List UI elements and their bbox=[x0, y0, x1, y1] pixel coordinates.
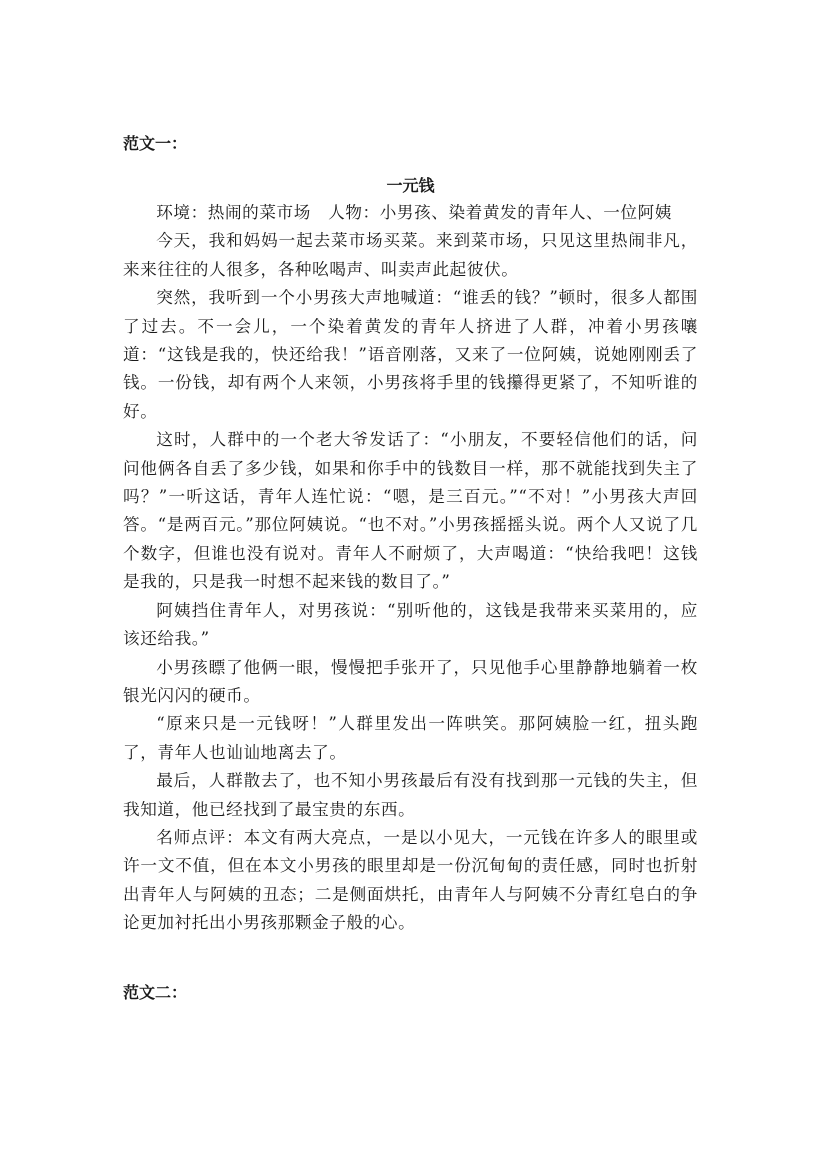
paragraph: 最后，人群散去了，也不知小男孩最后有没有找到那一元钱的失主，但我知道，他已经找到… bbox=[123, 767, 698, 824]
paragraph: 这时，人群中的一个老大爷发话了：“小朋友，不要轻信他们的话，问问他俩各自丢了多少… bbox=[123, 426, 698, 596]
paragraph: 突然，我听到一个小男孩大声地喊道：“谁丢的钱？”顿时，很多人都围了过去。不一会儿… bbox=[123, 284, 698, 426]
essay-title: 一元钱 bbox=[123, 173, 698, 199]
paragraph: 小男孩瞟了他俩一眼，慢慢把手张开了，只见他手心里静静地躺着一枚银光闪闪的硬币。 bbox=[123, 654, 698, 711]
section-label-essay-1: 范文一： bbox=[123, 131, 698, 157]
paragraph: 阿姨挡住青年人，对男孩说：“别听他的，这钱是我带来买菜用的，应该还给我。” bbox=[123, 597, 698, 654]
section-gap bbox=[123, 938, 698, 980]
paragraph: “原来只是一元钱呀！”人群里发出一阵哄笑。那阿姨脸一红，扭头跑了，青年人也讪讪地… bbox=[123, 710, 698, 767]
document-page: 范文一： 一元钱 环境：热闹的菜市场 人物：小男孩、染着黄发的青年人、一位阿姨 … bbox=[123, 131, 698, 1006]
paragraph: 今天，我和妈妈一起去菜市场买菜。来到菜市场，只见这里热闹非凡，来来往往的人很多，… bbox=[123, 227, 698, 284]
paragraph-setting: 环境：热闹的菜市场 人物：小男孩、染着黄发的青年人、一位阿姨 bbox=[123, 199, 698, 227]
paragraph-teacher-comment: 名师点评：本文有两大亮点，一是以小见大，一元钱在许多人的眼里或许一文不值，但在本… bbox=[123, 824, 698, 938]
section-label-essay-2: 范文二： bbox=[123, 980, 698, 1006]
